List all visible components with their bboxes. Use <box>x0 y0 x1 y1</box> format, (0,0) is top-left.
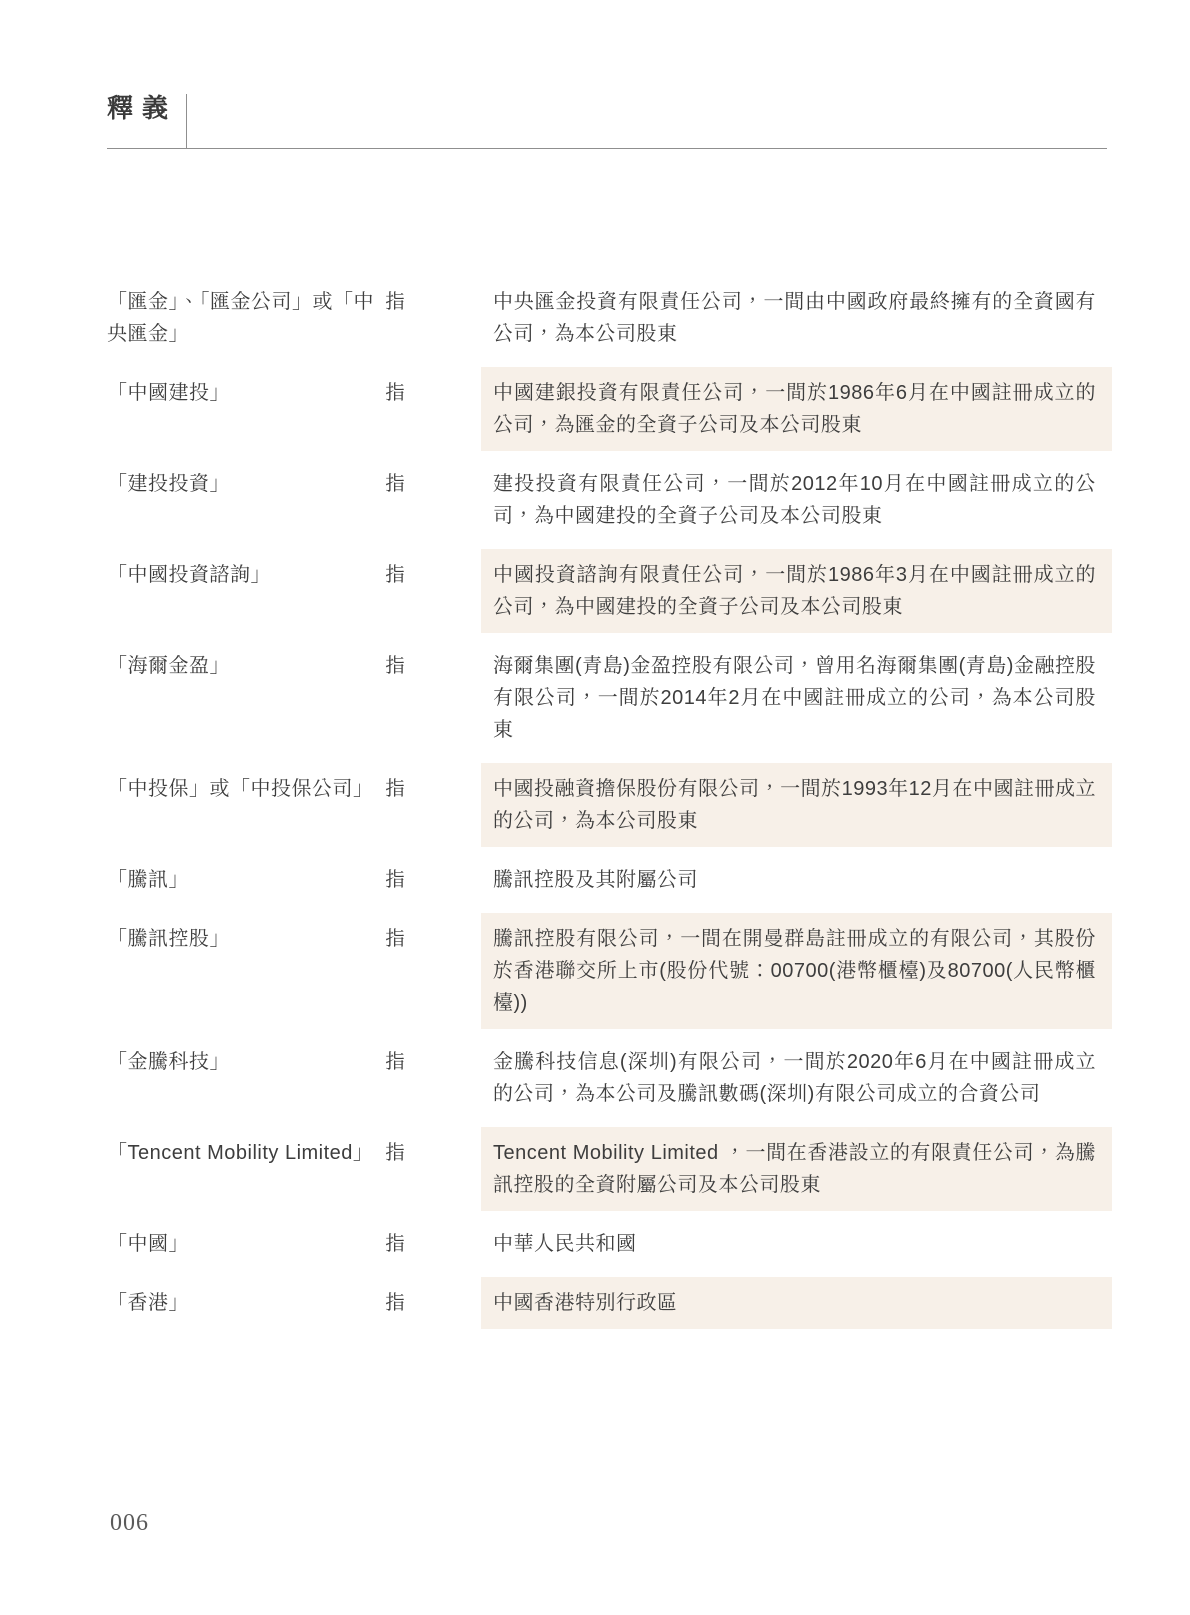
definition-row: 「中國」 指 中華人民共和國 <box>107 1218 1112 1270</box>
definition-indicator: 指 <box>385 1218 481 1270</box>
definition-term: 「Tencent Mobility Limited」 <box>107 1127 385 1179</box>
definition-indicator: 指 <box>385 913 481 965</box>
definition-description: 中國香港特別行政區 <box>481 1277 1112 1329</box>
definition-description: 中央匯金投資有限責任公司，一間由中國政府最終擁有的全資國有公司，為本公司股東 <box>481 276 1112 360</box>
definition-row: 「中國投資諮詢」 指 中國投資諮詢有限責任公司，一間於1986年3月在中國註冊成… <box>107 549 1112 633</box>
page-title: 釋義 <box>107 88 177 125</box>
definition-indicator: 指 <box>385 763 481 815</box>
page-number: 006 <box>110 1510 149 1537</box>
definition-description: 騰訊控股及其附屬公司 <box>481 854 1112 906</box>
definition-term: 「中國」 <box>107 1218 385 1270</box>
document-page: 釋義 「匯金」、「匯金公司」或「中央匯金」 指 中央匯金投資有限責任公司，一間由… <box>0 0 1190 1615</box>
definition-description: 中國建銀投資有限責任公司，一間於1986年6月在中國註冊成立的公司，為匯金的全資… <box>481 367 1112 451</box>
definition-row: 「建投投資」 指 建投投資有限責任公司，一間於2012年10月在中國註冊成立的公… <box>107 458 1112 542</box>
definition-indicator: 指 <box>385 276 481 328</box>
definition-description: 金騰科技信息(深圳)有限公司，一間於2020年6月在中國註冊成立的公司，為本公司… <box>481 1036 1112 1120</box>
definition-indicator: 指 <box>385 640 481 692</box>
definition-term: 「海爾金盈」 <box>107 640 385 692</box>
definition-description: 中國投融資擔保股份有限公司，一間於1993年12月在中國註冊成立的公司，為本公司… <box>481 763 1112 847</box>
definition-term: 「騰訊控股」 <box>107 913 385 965</box>
definition-indicator: 指 <box>385 549 481 601</box>
definition-indicator: 指 <box>385 854 481 906</box>
definition-term: 「中國投資諮詢」 <box>107 549 385 601</box>
definition-term: 「香港」 <box>107 1277 385 1329</box>
definition-indicator: 指 <box>385 1277 481 1329</box>
definition-description: 中華人民共和國 <box>481 1218 1112 1270</box>
definition-row: 「中投保」或「中投保公司」 指 中國投融資擔保股份有限公司，一間於1993年12… <box>107 763 1112 847</box>
definition-row: 「匯金」、「匯金公司」或「中央匯金」 指 中央匯金投資有限責任公司，一間由中國政… <box>107 276 1112 360</box>
definition-term: 「匯金」、「匯金公司」或「中央匯金」 <box>107 276 385 360</box>
definitions-list: 「匯金」、「匯金公司」或「中央匯金」 指 中央匯金投資有限責任公司，一間由中國政… <box>107 276 1112 1336</box>
definition-row: 「香港」 指 中國香港特別行政區 <box>107 1277 1112 1329</box>
definition-row: 「Tencent Mobility Limited」 指 Tencent Mob… <box>107 1127 1112 1211</box>
definition-indicator: 指 <box>385 1127 481 1179</box>
definition-indicator: 指 <box>385 367 481 419</box>
definition-description: 海爾集團(青島)金盈控股有限公司，曾用名海爾集團(青島)金融控股有限公司，一間於… <box>481 640 1112 756</box>
header-vertical-divider <box>186 94 187 148</box>
definition-description: 騰訊控股有限公司，一間在開曼群島註冊成立的有限公司，其股份於香港聯交所上市(股份… <box>481 913 1112 1029</box>
definition-term: 「建投投資」 <box>107 458 385 510</box>
definition-term: 「中投保」或「中投保公司」 <box>107 763 385 815</box>
definition-indicator: 指 <box>385 1036 481 1088</box>
definition-term: 「金騰科技」 <box>107 1036 385 1088</box>
definition-row: 「騰訊控股」 指 騰訊控股有限公司，一間在開曼群島註冊成立的有限公司，其股份於香… <box>107 913 1112 1029</box>
definition-row: 「海爾金盈」 指 海爾集團(青島)金盈控股有限公司，曾用名海爾集團(青島)金融控… <box>107 640 1112 756</box>
definition-description: 中國投資諮詢有限責任公司，一間於1986年3月在中國註冊成立的公司，為中國建投的… <box>481 549 1112 633</box>
header-rule <box>107 148 1107 149</box>
definition-row: 「中國建投」 指 中國建銀投資有限責任公司，一間於1986年6月在中國註冊成立的… <box>107 367 1112 451</box>
definition-description: 建投投資有限責任公司，一間於2012年10月在中國註冊成立的公司，為中國建投的全… <box>481 458 1112 542</box>
definition-term: 「中國建投」 <box>107 367 385 419</box>
definition-row: 「騰訊」 指 騰訊控股及其附屬公司 <box>107 854 1112 906</box>
definition-indicator: 指 <box>385 458 481 510</box>
definition-term: 「騰訊」 <box>107 854 385 906</box>
definition-row: 「金騰科技」 指 金騰科技信息(深圳)有限公司，一間於2020年6月在中國註冊成… <box>107 1036 1112 1120</box>
definition-description: Tencent Mobility Limited ，一間在香港設立的有限責任公司… <box>481 1127 1112 1211</box>
